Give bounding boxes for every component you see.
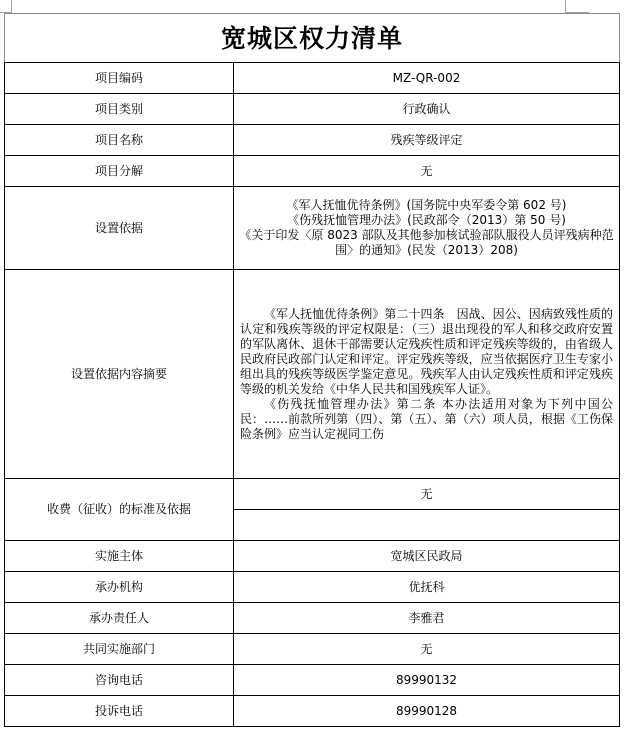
row-value-legal-basis: 《军人抚恤优待条例》(国务院中央军委令第 602 号) 《伤残抚恤管理办法》(民… (234, 187, 620, 270)
basis-line: 《军人抚恤优待条例》(国务院中央军委令第 602 号) (238, 198, 615, 213)
table-row-item-name: 项目名称 残疾等级评定 (5, 125, 620, 156)
crop-mark (565, 0, 566, 12)
row-label: 设置依据 (5, 187, 234, 270)
row-label: 设置依据内容摘要 (5, 270, 234, 479)
row-label: 项目类别 (5, 94, 234, 125)
table-row-implementing-body: 实施主体 宽城区民政局 (5, 541, 620, 572)
row-value: 残疾等级评定 (234, 125, 620, 156)
document-page: 宽城区权力清单 项目编码 MZ-QR-002 项目类别 行政确认 项目名称 残疾… (0, 0, 640, 745)
row-value: MZ-QR-002 (234, 63, 620, 94)
table-row-item-category: 项目类别 行政确认 (5, 94, 620, 125)
summary-paragraph: 《伤残抚恤管理办法》第二条 本办法适用对象为下列中国公民：……前款所列第（四）、… (240, 397, 613, 442)
basis-line: 《关于印发〈原 8023 部队及其他参加核试验部队服役人员评残病种范围〉的通知》… (238, 228, 615, 258)
row-label: 收费（征收）的标准及依据 (5, 479, 234, 541)
table-row-fee-standard: 收费（征收）的标准及依据 无 (5, 479, 620, 510)
row-label: 项目分解 (5, 156, 234, 187)
row-value: 行政确认 (234, 94, 620, 125)
row-label: 项目名称 (5, 125, 234, 156)
row-value: 89990128 (234, 696, 620, 727)
row-label: 承办机构 (5, 572, 234, 603)
table-row-basis-summary: 设置依据内容摘要 《军人抚恤优待条例》第二十四条 因战、因公、因病致残性质的认定… (5, 270, 620, 479)
table-row-handling-unit: 承办机构 优抚科 (5, 572, 620, 603)
summary-paragraph: 《军人抚恤优待条例》第二十四条 因战、因公、因病致残性质的认定和残疾等级的评定权… (240, 307, 613, 397)
row-label: 项目编码 (5, 63, 234, 94)
row-value: 无 (234, 156, 620, 187)
row-value: 优抚科 (234, 572, 620, 603)
row-label: 咨询电话 (5, 665, 234, 696)
row-value: 李雅君 (234, 603, 620, 634)
basis-line: 《伤残抚恤管理办法》(民政部令（2013）第 50 号) (238, 213, 615, 228)
row-value-empty (234, 510, 620, 541)
document-title: 宽城区权力清单 (5, 14, 620, 63)
row-label: 投诉电话 (5, 696, 234, 727)
table-row-consult-phone: 咨询电话 89990132 (5, 665, 620, 696)
table-row-item-code: 项目编码 MZ-QR-002 (5, 63, 620, 94)
table-row-item-breakdown: 项目分解 无 (5, 156, 620, 187)
title-row: 宽城区权力清单 (5, 14, 620, 63)
row-value: 无 (234, 479, 620, 510)
row-label: 承办责任人 (5, 603, 234, 634)
table-row-responsible-person: 承办责任人 李雅君 (5, 603, 620, 634)
crop-mark (11, 0, 12, 12)
table-row-legal-basis: 设置依据 《军人抚恤优待条例》(国务院中央军委令第 602 号) 《伤残抚恤管理… (5, 187, 620, 270)
row-value: 89990132 (234, 665, 620, 696)
table-row-complaint-phone: 投诉电话 89990128 (5, 696, 620, 727)
table-row-joint-department: 共同实施部门 无 (5, 634, 620, 665)
row-label: 实施主体 (5, 541, 234, 572)
row-label: 共同实施部门 (5, 634, 234, 665)
row-value-basis-summary: 《军人抚恤优待条例》第二十四条 因战、因公、因病致残性质的认定和残疾等级的评定权… (234, 270, 620, 479)
row-value: 无 (234, 634, 620, 665)
row-value: 宽城区民政局 (234, 541, 620, 572)
power-list-table: 宽城区权力清单 项目编码 MZ-QR-002 项目类别 行政确认 项目名称 残疾… (4, 13, 620, 727)
